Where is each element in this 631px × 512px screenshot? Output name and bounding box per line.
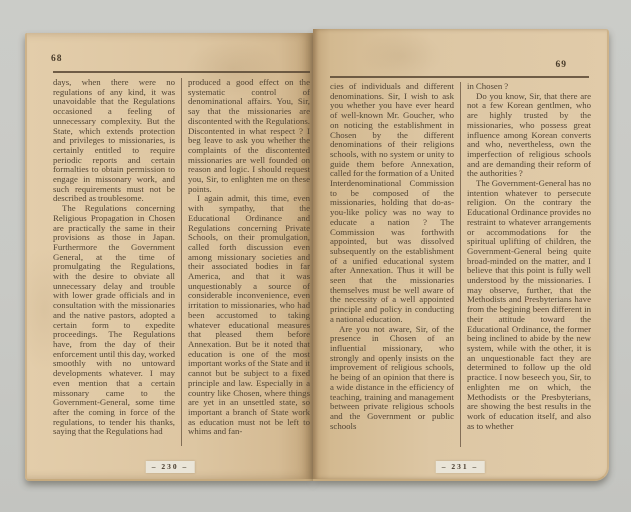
text-columns: cies of individuals and different denomi… — [330, 82, 591, 447]
page-number: 69 — [556, 60, 568, 70]
book-page-right: 69 cies of individuals and different den… — [313, 29, 609, 481]
text-column: days, when there were no regulations of … — [53, 78, 175, 446]
header-rule — [53, 71, 310, 73]
paragraph: The Government-General has no intention … — [467, 179, 591, 431]
book-scan: 68 days, when there were no regulations … — [0, 0, 631, 512]
header-rule — [330, 76, 589, 78]
paragraph: I again admit, this time, even with symp… — [188, 194, 310, 437]
column-divider — [181, 78, 182, 446]
paragraph: produced a good effect on the systematic… — [188, 78, 310, 194]
paragraph: The Regulations concerning Religious Pro… — [53, 204, 175, 437]
text-column: in Chosen ?Do you know, Sir, that there … — [467, 82, 591, 447]
page-footer-label: – 230 – — [146, 461, 195, 473]
text-columns: days, when there were no regulations of … — [53, 78, 310, 446]
book-page-left: 68 days, when there were no regulations … — [25, 33, 313, 481]
column-divider — [460, 82, 461, 447]
paragraph: days, when there were no regulations of … — [53, 78, 175, 204]
paragraph: Are you not aware, Sir, of the presence … — [330, 325, 454, 432]
text-column: cies of individuals and different denomi… — [330, 82, 454, 447]
text-column: produced a good effect on the systematic… — [188, 78, 310, 446]
page-number: 68 — [51, 54, 63, 64]
paragraph: cies of individuals and different denomi… — [330, 82, 454, 325]
page-footer-label: – 231 – — [436, 461, 485, 473]
paragraph: Do you know, Sir, that there are not a f… — [467, 92, 591, 179]
